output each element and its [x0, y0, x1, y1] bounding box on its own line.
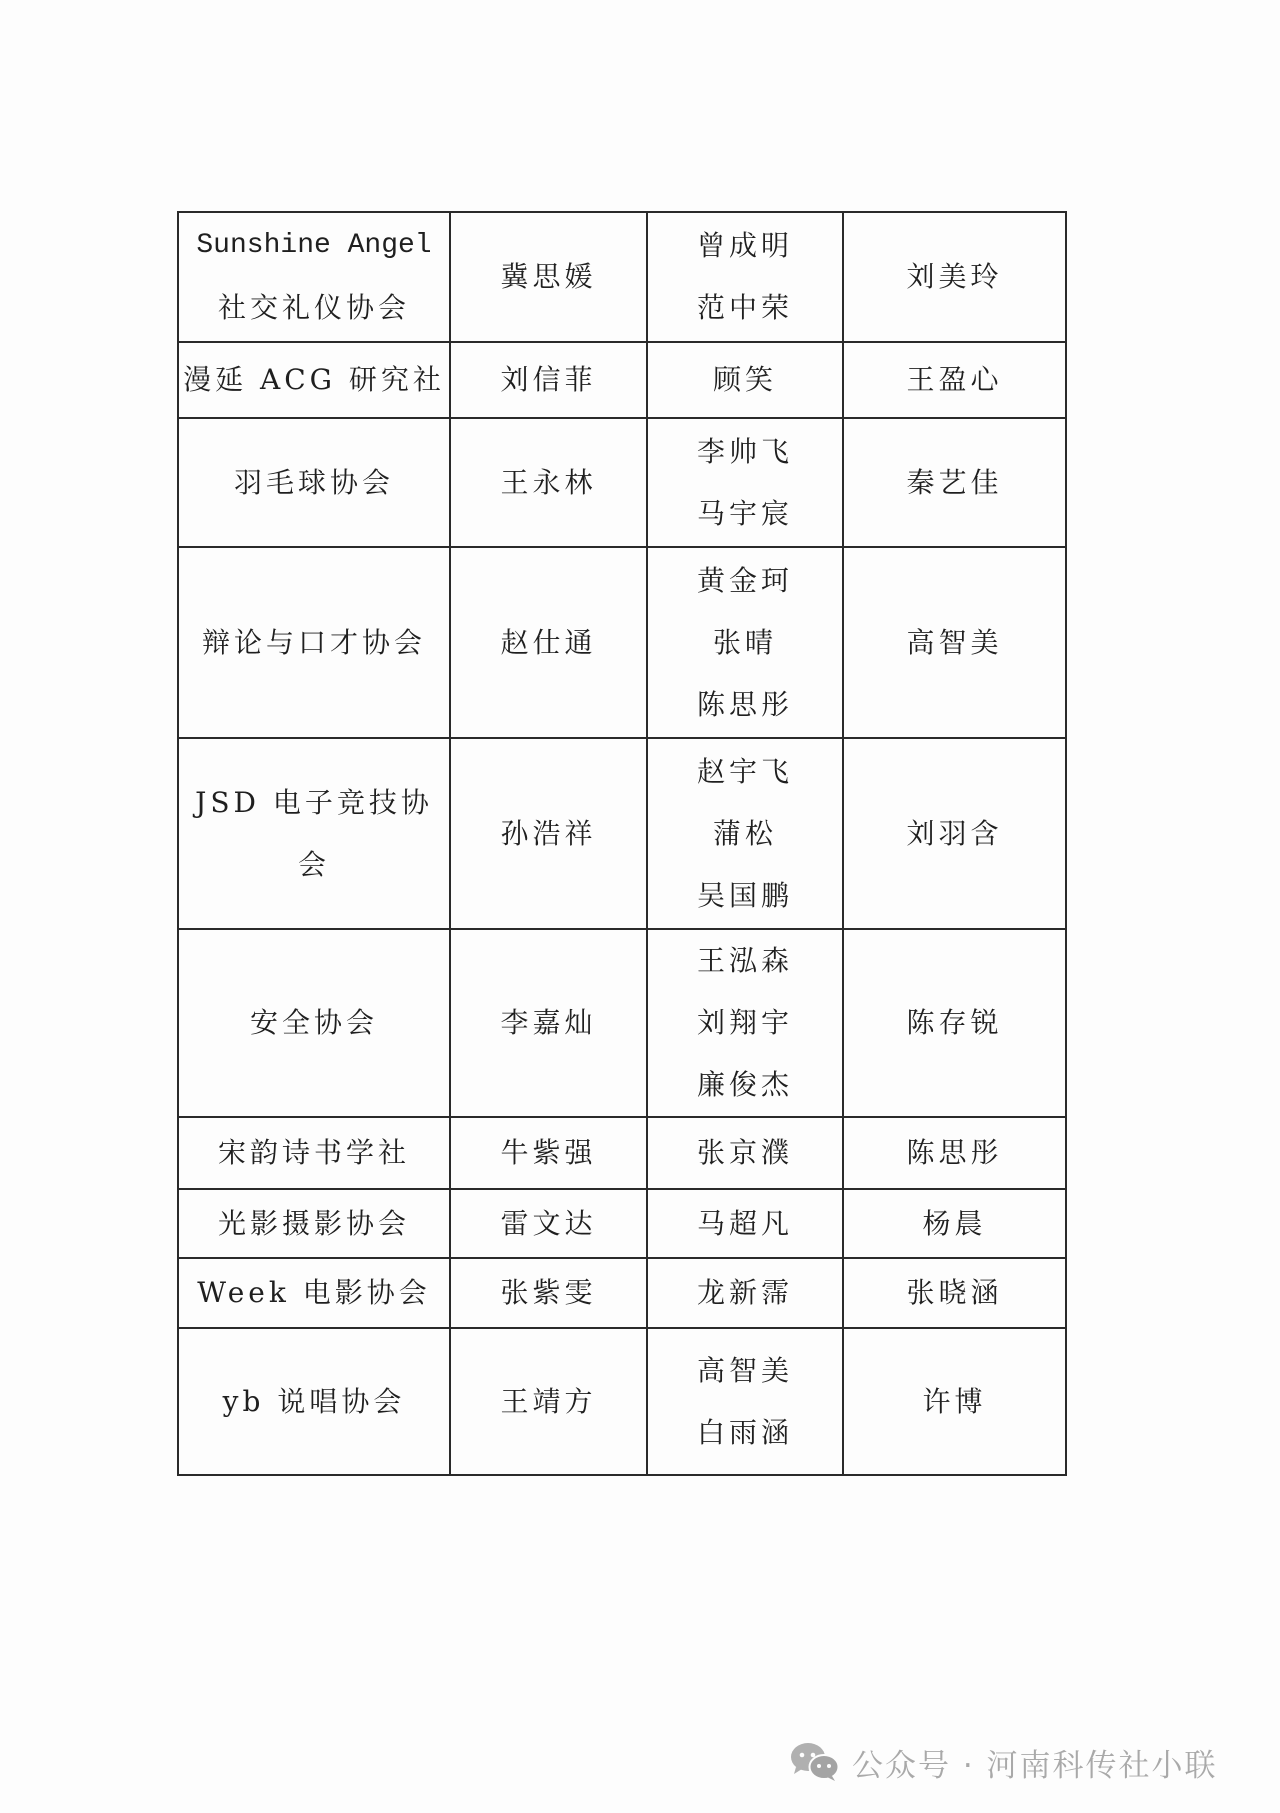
watermark-text: 公众号 · 河南科传社小联: [852, 1740, 1218, 1785]
club-name-cell: yb 说唱协会: [178, 1328, 450, 1475]
club-name-line: 安全协会: [179, 992, 449, 1054]
secretary-cell: 杨晨: [843, 1189, 1066, 1258]
watermark: 公众号 · 河南科传社小联: [790, 1740, 1218, 1784]
club-roster-table: Sunshine Angel社交礼仪协会冀思媛曾成明范中荣刘美玲漫延 ACG 研…: [177, 211, 1067, 1476]
club-name-cell: JSD 电子竞技协会: [178, 738, 450, 929]
president-name: 雷文达: [451, 1193, 646, 1255]
vice-president-name: 张京濮: [648, 1122, 842, 1184]
club-name-line: 漫延 ACG 研究社: [179, 349, 449, 411]
president-cell: 刘信菲: [450, 342, 647, 418]
president-name: 张紫雯: [451, 1262, 646, 1324]
vice-presidents-cell: 李帅飞马宇宸: [647, 418, 843, 547]
table-row: Sunshine Angel社交礼仪协会冀思媛曾成明范中荣刘美玲: [178, 212, 1066, 342]
vice-president-name: 范中荣: [648, 277, 842, 339]
vice-presidents-cell: 张京濮: [647, 1117, 843, 1189]
vice-president-name: 赵宇飞: [648, 741, 842, 803]
president-name: 王永林: [451, 452, 646, 514]
vice-president-name: 曾成明: [648, 215, 842, 277]
club-name-cell: 宋韵诗书学社: [178, 1117, 450, 1189]
vice-presidents-cell: 赵宇飞蒲松吴国鹏: [647, 738, 843, 929]
table-row: 光影摄影协会雷文达马超凡杨晨: [178, 1189, 1066, 1258]
president-cell: 雷文达: [450, 1189, 647, 1258]
vice-presidents-cell: 顾笑: [647, 342, 843, 418]
secretary-name: 刘美玲: [844, 246, 1065, 308]
table-row: 羽毛球协会王永林李帅飞马宇宸秦艺佳: [178, 418, 1066, 547]
roster-body: Sunshine Angel社交礼仪协会冀思媛曾成明范中荣刘美玲漫延 ACG 研…: [178, 212, 1066, 1475]
vice-presidents-cell: 曾成明范中荣: [647, 212, 843, 342]
vice-president-name: 廉俊杰: [648, 1054, 842, 1116]
vice-president-name: 黄金珂: [648, 550, 842, 612]
club-name-line: 羽毛球协会: [179, 452, 449, 514]
secretary-name: 张晓涵: [844, 1262, 1065, 1324]
club-name-cell: Week 电影协会: [178, 1258, 450, 1328]
secretary-name: 秦艺佳: [844, 452, 1065, 514]
president-cell: 李嘉灿: [450, 929, 647, 1117]
vice-president-name: 蒲松: [648, 803, 842, 865]
vice-president-name: 马超凡: [648, 1193, 842, 1255]
club-name-cell: 羽毛球协会: [178, 418, 450, 547]
table-row: Week 电影协会张紫雯龙新霈张晓涵: [178, 1258, 1066, 1328]
vice-presidents-cell: 黄金珂张晴陈思彤: [647, 547, 843, 738]
table-row: 漫延 ACG 研究社刘信菲顾笑王盈心: [178, 342, 1066, 418]
president-name: 刘信菲: [451, 349, 646, 411]
vice-president-name: 高智美: [648, 1340, 842, 1402]
vice-president-name: 顾笑: [648, 349, 842, 411]
club-name-line: yb 说唱协会: [179, 1371, 449, 1433]
president-cell: 冀思媛: [450, 212, 647, 342]
secretary-name: 杨晨: [844, 1193, 1065, 1255]
secretary-cell: 高智美: [843, 547, 1066, 738]
president-cell: 牛紫强: [450, 1117, 647, 1189]
secretary-cell: 张晓涵: [843, 1258, 1066, 1328]
table-row: 安全协会李嘉灿王泓森刘翔宇廉俊杰陈存锐: [178, 929, 1066, 1117]
vice-president-name: 陈思彤: [648, 674, 842, 736]
secretary-cell: 许博: [843, 1328, 1066, 1475]
president-cell: 张紫雯: [450, 1258, 647, 1328]
club-name-line: 会: [179, 834, 449, 896]
president-cell: 王永林: [450, 418, 647, 547]
table-row: yb 说唱协会王靖方高智美白雨涵许博: [178, 1328, 1066, 1475]
club-name-line: 光影摄影协会: [179, 1193, 449, 1255]
vice-presidents-cell: 王泓森刘翔宇廉俊杰: [647, 929, 843, 1117]
secretary-cell: 秦艺佳: [843, 418, 1066, 547]
wechat-icon: [790, 1742, 840, 1782]
club-name-line: Sunshine Angel: [179, 215, 449, 277]
president-name: 赵仕通: [451, 612, 646, 674]
vice-president-name: 龙新霈: [648, 1262, 842, 1324]
president-cell: 王靖方: [450, 1328, 647, 1475]
club-name-cell: 光影摄影协会: [178, 1189, 450, 1258]
club-name-line: 社交礼仪协会: [179, 277, 449, 339]
club-name-line: 宋韵诗书学社: [179, 1122, 449, 1184]
secretary-cell: 刘美玲: [843, 212, 1066, 342]
club-name-line: JSD 电子竞技协: [179, 772, 449, 834]
vice-president-name: 李帅飞: [648, 421, 842, 483]
club-name-cell: 漫延 ACG 研究社: [178, 342, 450, 418]
secretary-cell: 陈存锐: [843, 929, 1066, 1117]
president-cell: 孙浩祥: [450, 738, 647, 929]
vice-presidents-cell: 马超凡: [647, 1189, 843, 1258]
president-name: 牛紫强: [451, 1122, 646, 1184]
club-name-cell: Sunshine Angel社交礼仪协会: [178, 212, 450, 342]
table-row: 宋韵诗书学社牛紫强张京濮陈思彤: [178, 1117, 1066, 1189]
vice-president-name: 刘翔宇: [648, 992, 842, 1054]
president-name: 孙浩祥: [451, 803, 646, 865]
club-name-cell: 辩论与口才协会: [178, 547, 450, 738]
secretary-name: 刘羽含: [844, 803, 1065, 865]
secretary-name: 陈存锐: [844, 992, 1065, 1054]
vice-president-name: 王泓森: [648, 930, 842, 992]
vice-presidents-cell: 龙新霈: [647, 1258, 843, 1328]
vice-president-name: 张晴: [648, 612, 842, 674]
president-cell: 赵仕通: [450, 547, 647, 738]
secretary-name: 王盈心: [844, 349, 1065, 411]
club-name-cell: 安全协会: [178, 929, 450, 1117]
secretary-name: 许博: [844, 1371, 1065, 1433]
vice-presidents-cell: 高智美白雨涵: [647, 1328, 843, 1475]
secretary-cell: 刘羽含: [843, 738, 1066, 929]
secretary-cell: 陈思彤: [843, 1117, 1066, 1189]
president-name: 李嘉灿: [451, 992, 646, 1054]
vice-president-name: 吴国鹏: [648, 865, 842, 927]
vice-president-name: 白雨涵: [648, 1402, 842, 1464]
table-row: JSD 电子竞技协会孙浩祥赵宇飞蒲松吴国鹏刘羽含: [178, 738, 1066, 929]
club-name-line: 辩论与口才协会: [179, 612, 449, 674]
secretary-name: 陈思彤: [844, 1122, 1065, 1184]
table-row: 辩论与口才协会赵仕通黄金珂张晴陈思彤高智美: [178, 547, 1066, 738]
secretary-cell: 王盈心: [843, 342, 1066, 418]
president-name: 冀思媛: [451, 246, 646, 308]
vice-president-name: 马宇宸: [648, 483, 842, 545]
club-name-line: Week 电影协会: [179, 1262, 449, 1324]
secretary-name: 高智美: [844, 612, 1065, 674]
president-name: 王靖方: [451, 1371, 646, 1433]
document-page: Sunshine Angel社交礼仪协会冀思媛曾成明范中荣刘美玲漫延 ACG 研…: [0, 0, 1280, 1813]
